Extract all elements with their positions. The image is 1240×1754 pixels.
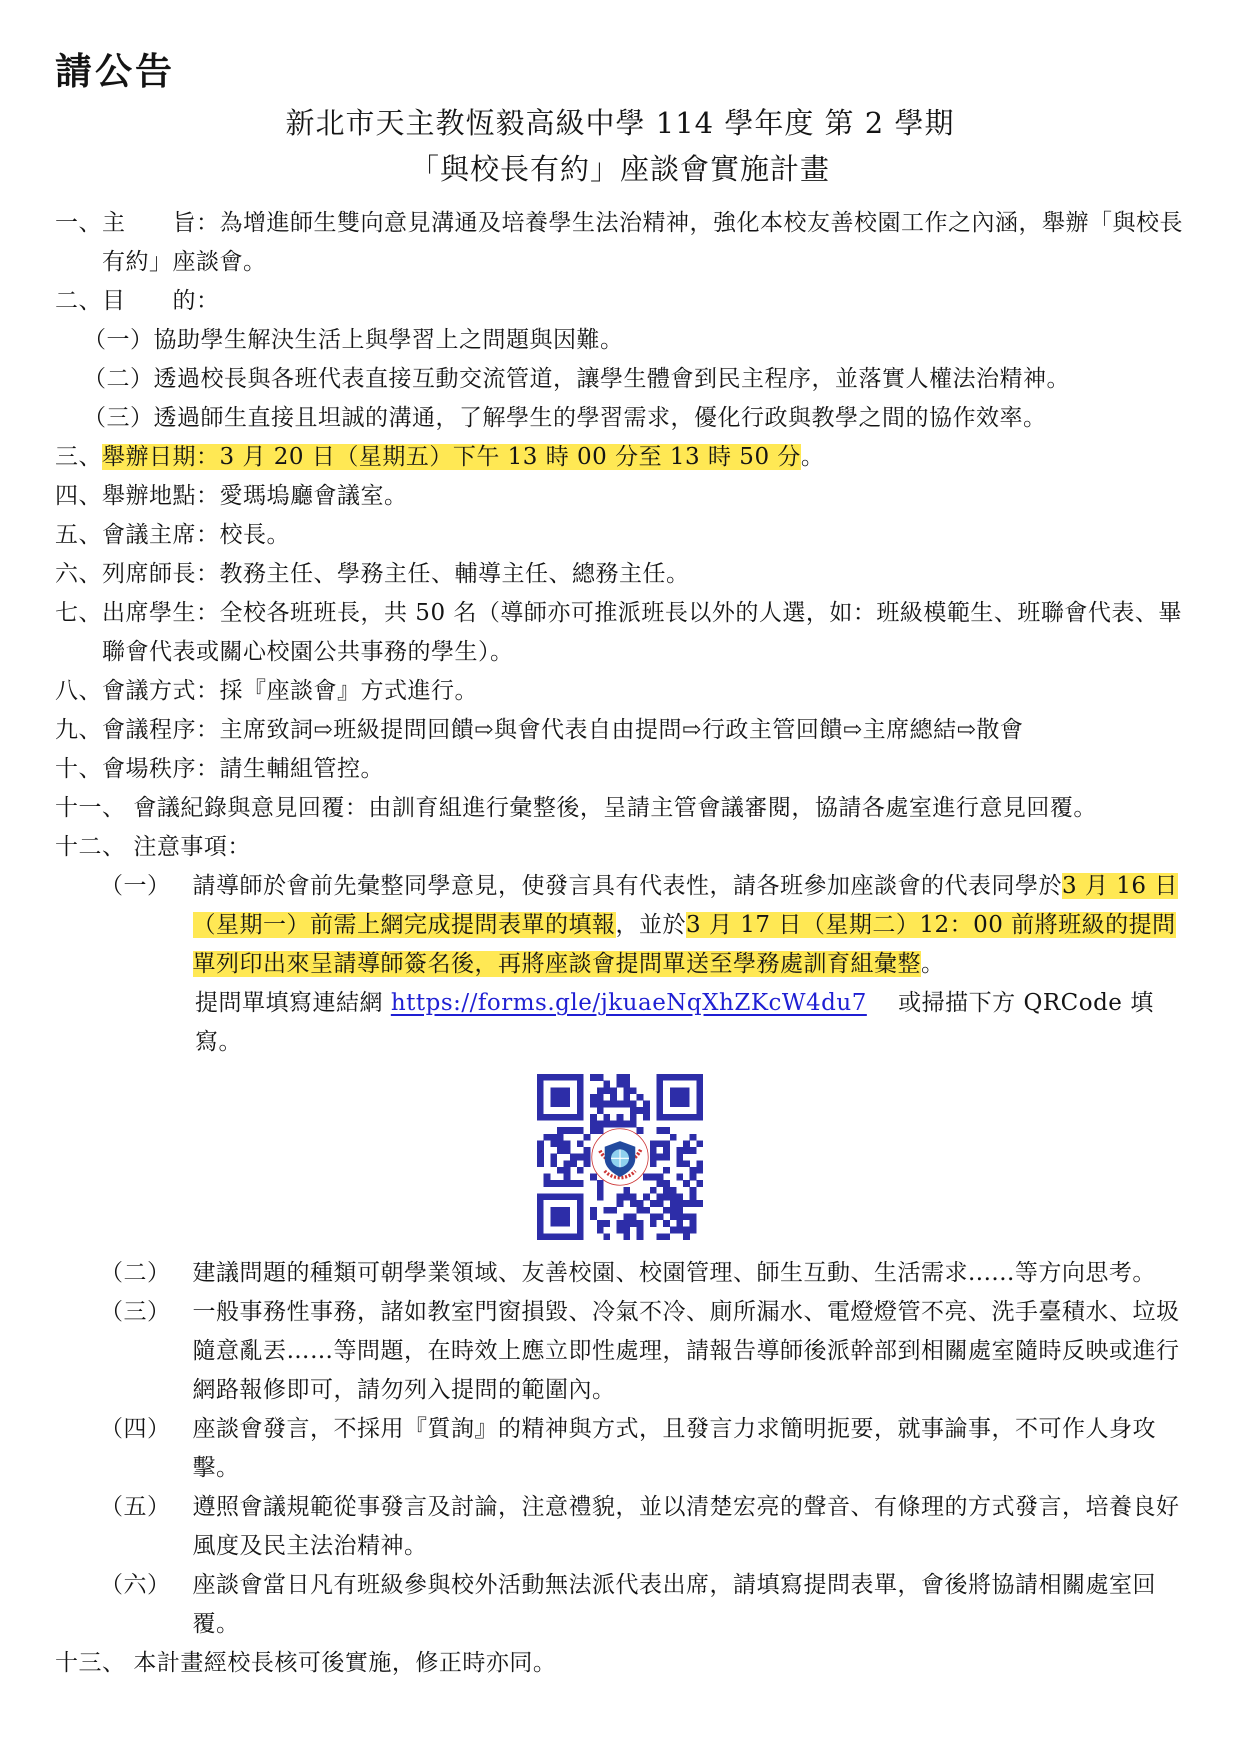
list-item-number: 四、	[55, 477, 102, 516]
list-item-number: （六）	[100, 1566, 171, 1605]
list-item: 十二、 注意事項：	[55, 828, 1185, 867]
list-item-text: 建議問題的種類可朝學業領域、友善校園、校園管理、師生互動、生活需求......等…	[193, 1254, 1186, 1293]
list-item: 七、出席學生：全校各班班長，共 50 名（導師亦可推派班長以外的人選，如：班級模…	[55, 594, 1185, 672]
list-item: 十一、 會議紀錄與意見回覆：由訓育組進行彙整後，呈請主管會議審閱，協請各處室進行…	[55, 789, 1185, 828]
list-item-number: （五）	[100, 1488, 171, 1527]
document-page: 請公告 新北市天主教恆毅高級中學 114 學年度 第 2 學期 「與校長有約」座…	[0, 0, 1240, 1754]
highlighted-text: 舉辦日期：3 月 20 日（星期五）下午 13 時 00 分至 13 時 50 …	[102, 444, 801, 470]
list-item: 四、舉辦地點：愛瑪塢廳會議室。	[55, 477, 1185, 516]
list-item-number: 二、	[55, 282, 102, 321]
list-item-text: 出席學生：全校各班班長，共 50 名（導師亦可推派班長以外的人選，如：班級模範生…	[102, 594, 1185, 672]
list-item: （二）透過校長與各班代表直接互動交流管道，讓學生體會到民主程序，並落實人權法治精…	[55, 360, 1185, 399]
list-item-text: 透過師生直接且坦誠的溝通，了解學生的學習需求，優化行政與教學之間的協作效率。	[154, 399, 1186, 438]
list-item: 二、目 的：	[55, 282, 1185, 321]
list-item-number: 六、	[55, 555, 102, 594]
form-link[interactable]: https://forms.gle/jkuaeNqXhZKcW4du7	[391, 990, 867, 1016]
list-item-text: 會議紀錄與意見回覆：由訓育組進行彙整後，呈請主管會議審閱，協請各處室進行意見回覆…	[133, 789, 1185, 828]
list-item: （三）一般事務性事務，諸如教室門窗損毀、冷氣不冷、廁所漏水、電燈燈管不亮、洗手臺…	[55, 1293, 1185, 1410]
list-item-number: 五、	[55, 516, 102, 555]
document-body: 一、主 旨：為增進師生雙向意見溝通及培養學生法治精神，強化本校友善校園工作之內涵…	[55, 204, 1185, 1683]
list-item-number: （三）	[83, 399, 154, 438]
list-item-number: （一）	[100, 867, 171, 906]
announcement-label: 請公告	[55, 50, 1185, 94]
list-item-text: 遵照會議規範從事發言及討論，注意禮貌，並以清楚宏亮的聲音、有條理的方式發言，培養…	[193, 1488, 1186, 1566]
list-item-number: 十一、	[55, 789, 133, 828]
list-item-text: 座談會當日凡有班級參與校外活動無法派代表出席，請填寫提問表單，會後將協請相關處室…	[193, 1566, 1186, 1644]
list-item-number: 十、	[55, 750, 102, 789]
qr-code-block	[55, 1062, 1185, 1254]
list-item-text: 會議程序：主席致詞⇨班級提問回饋⇨與會代表自由提問⇨行政主管回饋⇨主席總結⇨散會	[102, 711, 1185, 750]
list-item-number: 九、	[55, 711, 102, 750]
list-item-text: 協助學生解決生活上與學習上之問題與因難。	[154, 321, 1186, 360]
list-item-number: 一、	[55, 204, 102, 243]
school-crest-logo	[592, 1129, 648, 1185]
list-item-number: 八、	[55, 672, 102, 711]
list-item: 九、會議程序：主席致詞⇨班級提問回饋⇨與會代表自由提問⇨行政主管回饋⇨主席總結⇨…	[55, 711, 1185, 750]
list-item: （一）請導師於會前先彙整同學意見，使發言具有代表性，請各班參加座談會的代表同學於…	[55, 867, 1185, 984]
list-item-number: 十三、	[55, 1644, 133, 1683]
list-item-number: （三）	[100, 1293, 171, 1332]
document-title-line1: 新北市天主教恆毅高級中學 114 學年度 第 2 學期	[55, 100, 1185, 146]
list-item: 一、主 旨：為增進師生雙向意見溝通及培養學生法治精神，強化本校友善校園工作之內涵…	[55, 204, 1185, 282]
list-item-text: 舉辦日期：3 月 20 日（星期五）下午 13 時 00 分至 13 時 50 …	[102, 438, 1185, 477]
list-item-text: 舉辦地點：愛瑪塢廳會議室。	[102, 477, 1185, 516]
list-item-number: 三、	[55, 438, 102, 477]
list-item-text: 主 旨：為增進師生雙向意見溝通及培養學生法治精神，強化本校友善校園工作之內涵，舉…	[102, 204, 1185, 282]
list-item-number: （二）	[100, 1254, 171, 1293]
list-item-text: 會議方式：採『座談會』方式進行。	[102, 672, 1185, 711]
list-item-number: （二）	[83, 360, 154, 399]
list-item-text: 請導師於會前先彙整同學意見，使發言具有代表性，請各班參加座談會的代表同學於3 月…	[193, 867, 1186, 984]
list-item: 十三、 本計畫經校長核可後實施，修正時亦同。	[55, 1644, 1185, 1683]
list-item-text: 透過校長與各班代表直接互動交流管道，讓學生體會到民主程序，並落實人權法治精神。	[154, 360, 1186, 399]
list-item-number: 七、	[55, 594, 102, 633]
list-item-text: 本計畫經校長核可後實施，修正時亦同。	[133, 1644, 1185, 1683]
list-item: 五、會議主席：校長。	[55, 516, 1185, 555]
list-item: 六、列席師長：教務主任、學務主任、輔導主任、總務主任。	[55, 555, 1185, 594]
list-item-number: （一）	[83, 321, 154, 360]
list-item: 三、舉辦日期：3 月 20 日（星期五）下午 13 時 00 分至 13 時 5…	[55, 438, 1185, 477]
list-item: （三）透過師生直接且坦誠的溝通，了解學生的學習需求，優化行政與教學之間的協作效率…	[55, 399, 1185, 438]
qr-code	[537, 1074, 703, 1240]
list-item-text: 注意事項：	[133, 828, 1185, 867]
list-item-text: 一般事務性事務，諸如教室門窗損毀、冷氣不冷、廁所漏水、電燈燈管不亮、洗手臺積水、…	[193, 1293, 1186, 1410]
document-title-line2: 「與校長有約」座談會實施計畫	[55, 146, 1185, 192]
list-item-text: 提問單填寫連結網 https://forms.gle/jkuaeNqXhZKcW…	[195, 984, 1185, 1062]
list-item: 十、會場秩序：請生輔組管控。	[55, 750, 1185, 789]
list-item-text: 會場秩序：請生輔組管控。	[102, 750, 1185, 789]
list-item: （一）協助學生解決生活上與學習上之問題與因難。	[55, 321, 1185, 360]
list-item-text: 會議主席：校長。	[102, 516, 1185, 555]
list-item: 提問單填寫連結網 https://forms.gle/jkuaeNqXhZKcW…	[55, 984, 1185, 1062]
list-item-text: 目 的：	[102, 282, 1185, 321]
list-item-number: （四）	[100, 1410, 171, 1449]
list-item: （五）遵照會議規範從事發言及討論，注意禮貌，並以清楚宏亮的聲音、有條理的方式發言…	[55, 1488, 1185, 1566]
list-item-text: 座談會發言，不採用『質詢』的精神與方式，且發言力求簡明扼要，就事論事，不可作人身…	[193, 1410, 1186, 1488]
list-item: （六）座談會當日凡有班級參與校外活動無法派代表出席，請填寫提問表單，會後將協請相…	[55, 1566, 1185, 1644]
document-title: 新北市天主教恆毅高級中學 114 學年度 第 2 學期 「與校長有約」座談會實施…	[55, 100, 1185, 192]
list-item-number: 十二、	[55, 828, 133, 867]
list-item-text: 列席師長：教務主任、學務主任、輔導主任、總務主任。	[102, 555, 1185, 594]
list-item: 八、會議方式：採『座談會』方式進行。	[55, 672, 1185, 711]
list-item: （二）建議問題的種類可朝學業領域、友善校園、校園管理、師生互動、生活需求....…	[55, 1254, 1185, 1293]
list-item: （四）座談會發言，不採用『質詢』的精神與方式，且發言力求簡明扼要，就事論事，不可…	[55, 1410, 1185, 1488]
